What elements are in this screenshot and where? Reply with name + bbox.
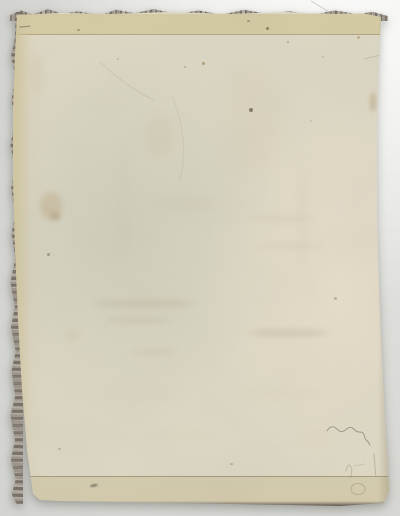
ghost-band [140,430,220,438]
stain [40,192,62,220]
fox-speck [47,253,50,256]
sheet-with-shadow [0,0,400,516]
fox-speck [249,108,253,112]
fox-speck [230,463,233,465]
ghost-band [118,135,127,265]
fox-speck [287,41,289,43]
tape-band-bottom [0,476,400,502]
fox-speck [334,297,337,300]
paper-edge-bottom [0,501,400,507]
paper-grain-texture [0,0,400,516]
ghost-band [60,390,180,400]
fox-speck [117,58,119,60]
stain [30,55,44,95]
smudge [370,92,376,112]
fox-speck [58,448,61,450]
fox-speck [310,120,312,122]
crease-line [172,96,184,180]
ghost-band [248,329,328,337]
ghost-band [299,170,305,265]
ghost-band [240,390,330,398]
ghost-band [150,200,220,208]
ghost-band [248,215,313,222]
stain [50,212,61,221]
stains-and-specks-layer [0,0,400,516]
fox-speck [357,36,360,39]
stain [65,330,81,340]
photo-of-aged-paper [0,0,400,516]
crease-line [100,62,154,100]
stain [300,430,330,446]
pencil-marks-layer [0,0,400,516]
stain [225,58,280,178]
pencil-squiggle [327,427,370,445]
ghost-dash [354,464,365,466]
stain [146,115,174,160]
fox-speck [184,66,186,68]
ghost-band [252,243,324,249]
paper-edge-right [378,14,390,510]
hinge-band-top [0,14,400,35]
ghost-band [95,299,195,308]
ghost-band [105,317,170,324]
ghost-stroke-vertical [374,454,376,475]
ghost-band [130,349,178,355]
paper-sheet-verso [0,0,400,516]
fox-speck [202,62,205,65]
fox-speck [322,56,324,58]
